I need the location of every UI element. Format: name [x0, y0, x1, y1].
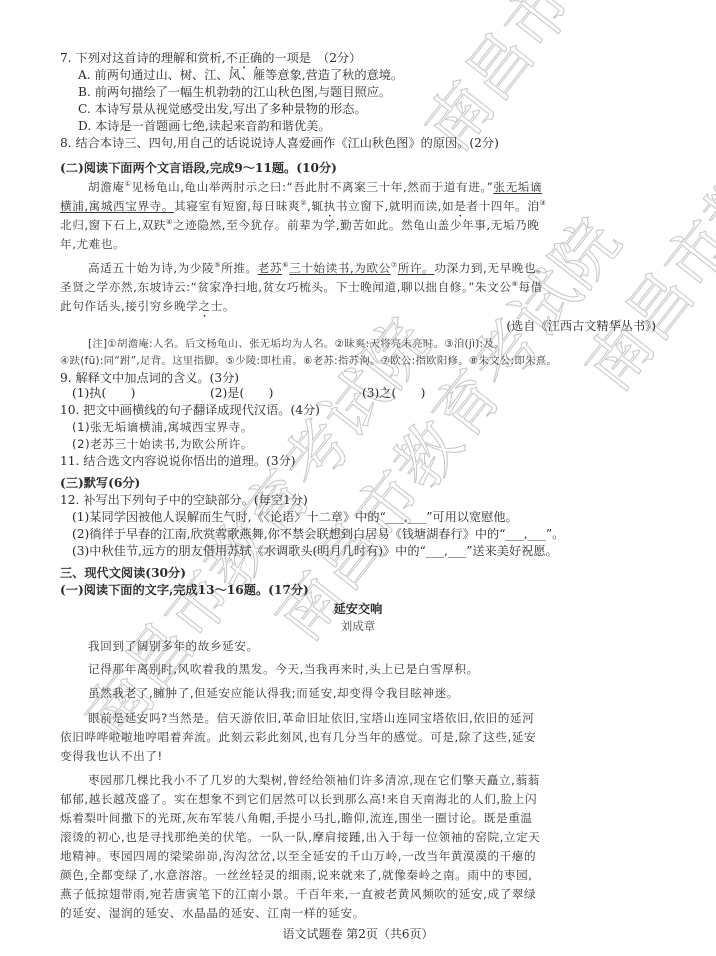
q7-option-a: A. 前两句通过山、树、江、风、雁等意象,营造了秋的意境。 — [78, 67, 403, 83]
section2-heading: (二)阅读下面两个文言语段,完成9～11题。(10分) — [60, 160, 337, 176]
article-paragraph-1: 我回到了阔别多年的故乡延安。 — [88, 638, 259, 654]
text: 见杨龟山,龟山举两肘示之曰:“吾此肘不离案三十年,然而于道有进。” — [131, 180, 493, 194]
article-paragraph-5-line-2: 郁郁,越长越茂盛了。实在想象不到它们居然可以长到那么高!来自天南海北的人们,脸上… — [60, 791, 537, 807]
q7-stem-part: 7. 下列对这首诗的理解和赏析, — [60, 51, 226, 65]
text: 所推。 — [221, 261, 258, 275]
note-ref-7: ⑦ — [391, 261, 398, 269]
text: 士。 — [211, 299, 235, 313]
note-ref-4: ④ — [166, 218, 173, 226]
article-author: 刘成章 — [0, 618, 716, 634]
watermark: 南昌市教育考试院 — [560, 0, 716, 407]
article-paragraph-4-line-1: 眼前是延安吗?当然是。信天游依旧,革命旧址依旧,宝塔山连同宝塔依旧,依旧的延河 — [88, 710, 534, 726]
q10-item-1: (1)张无垢谪横浦,寓城西宝界寺。 — [72, 419, 253, 435]
q7-option-c: C. 本诗写景从视觉感受出发,写出了多种景物的形态。 — [78, 101, 367, 117]
article-paragraph-4-line-3: 变得我也认不出了! — [60, 748, 163, 764]
text: 功深力到,无早晚也。 — [434, 261, 548, 275]
q12-stem: 12. 补写出下列句子中的空缺部分。(每空1分) — [60, 492, 308, 508]
note-ref-6: ⑥ — [282, 261, 289, 269]
q10-item-2: (2)老苏三十始读书,为欧公所许。 — [72, 436, 253, 452]
notes-line2: ④趺(fū):同“跗”,足背。这里指脚。⑤少陵:即杜甫。⑥老苏:指苏洵。⑦欧公:… — [60, 353, 557, 369]
text: ,辄 — [307, 199, 323, 213]
text: 高适五十始为诗,为少陵 — [88, 261, 214, 275]
article-paragraph-4-line-2: 依旧哗哗啦啦地哼唱着奔流。此刻云彩此刻风,也有几分当年的感觉。可是,除了这些,延… — [60, 729, 536, 745]
dotted-word-zhi: 执 — [324, 199, 336, 213]
article-paragraph-5-line-7: 燕子低掠翅带雨,宛若唐寅笔下的江南小景。千百年来,一直被老黄风频吹的延安,成了翠… — [60, 886, 536, 902]
passage1-line4: 年,尤难也。 — [60, 236, 125, 252]
article-paragraph-5-line-1: 枣园那几棵比我小不了几岁的大梨树,曾经给领袖们许多清凉,现在它们擎天矗立,蓊蓊 — [88, 772, 540, 788]
q7-option-b: B. 前两句描绘了一幅生机勃勃的江山秋色图,与题目照应。 — [78, 84, 391, 100]
q10-stem: 10. 把文中画横线的句子翻译成现代汉语。(4分) — [60, 402, 320, 418]
q7-stem-emphasis: 不正确 — [226, 51, 263, 65]
passage1-line3: 北归,窗下石上,双趺④之迹隐然,至今犹存。前辈为学,勤苦如此。然龟山盖少年事,无… — [60, 217, 540, 233]
q7-option-d: D. 本诗是一首题画七绝,读起来音韵和谐优美。 — [78, 118, 331, 134]
text: 此句作话头,接引穷乡晚学 — [60, 299, 198, 313]
q12-item-2: (2)徜徉于早春的江南,欣赏莺歌燕舞,你不禁会联想到白居易《钱塘湖春行》中的“_… — [72, 526, 564, 542]
article-paragraph-2: 记得那年离别时,风吹着我的黑发。今天,当我再来时,头上已是白雪厚积。 — [88, 661, 479, 677]
section3-heading: (三)默写(6分) — [60, 475, 140, 491]
q8-stem: 8. 结合本诗三、四句,用自己的话说说诗人喜爱画作《江山秋色图》的原因。(2分) — [60, 135, 499, 151]
article-paragraph-5-line-6: 颜色,全都变绿了,水意溶溶。一丝丝轻灵的细雨,说来就来了,就像秦岭之南。雨中的枣… — [60, 867, 533, 883]
part3-subheading: (一)阅读下面的文字,完成13～16题。(17分) — [60, 582, 309, 598]
q12-item-1: (1)某同学因被他人误解而生气时,《〈论语〉十二章》中的“___,___”可用以… — [72, 509, 518, 525]
page-footer: 语文试题卷 第2页（共6页） — [0, 926, 716, 942]
underlined-sentence: 所许。 — [398, 261, 435, 275]
source-citation: (选自《江西古文精华丛书》) — [506, 318, 656, 334]
article-paragraph-5-line-5: 地精神。枣园四周的梁梁峁峁,沟沟岔岔,以至全延安的千山万岭,一改当年黄漠漠的干瘪… — [60, 848, 536, 864]
article-paragraph-3: 虽然我老了,臃肿了,但延安应能认得我;而延安,却变得令我目眩神迷。 — [88, 685, 459, 701]
exam-page: 7. 下列对这首诗的理解和赏析,不正确的一项是 （2分） A. 前两句通过山、树… — [0, 0, 716, 956]
dotted-word-zhi2: 之 — [198, 299, 210, 313]
article-paragraph-5-line-8: 的延安、湿润的延安、水晶晶的延安、江南一样的延安。 — [60, 905, 365, 921]
article-paragraph-5-line-4: 滚烫的初心,也是寻找那绝美的伏笔。一队一队,摩肩接踵,出入于每一位领袖的窑院,立… — [60, 829, 541, 845]
underlined-sentence: 老苏 — [258, 261, 282, 275]
q7-stem-tail: 的一项是 （2分） — [262, 51, 361, 65]
q9-stem: 9. 解释文中加点词的含义。(3分) — [60, 370, 239, 386]
passage2-line1: 高适五十始为诗,为少陵⑤所推。老苏⑥三十始读书,为欧公⑦所许。功深力到,无早晚也… — [88, 260, 548, 276]
passage2-line2: 圣贤之学亦然,东坡诗云:“贫家净扫地,贫女巧梳头。下士晚闻道,聊以拙自修。”朱文… — [60, 279, 543, 295]
dotted-word-shi: 是 — [454, 199, 466, 213]
text: 之迹隐然,至今犹存。前辈为学,勤苦如此。然龟山盖少年事,无垢乃晚 — [173, 218, 539, 232]
passage1-line1: 胡澹庵①见杨龟山,龟山举两肘示之曰:“吾此肘不离案三十年,然而于道有进。”张无垢… — [88, 179, 542, 195]
article-title: 延安交响 — [0, 601, 716, 617]
q11-stem: 11. 结合选文内容说说你悟出的道理。(3分) — [60, 453, 296, 469]
underlined-sentence: 张无垢谪 — [493, 180, 542, 194]
text: 者十四年。洎 — [466, 199, 539, 213]
notes-line1: [注]①胡澹庵:人名。后文杨龟山、张无垢均为人名。②昧爽:天将亮未亮时。③洎(j… — [88, 336, 505, 352]
text: 北归,窗下石上,双趺 — [60, 218, 166, 232]
text: 圣贤之学亦然,东坡诗云:“贫家净扫地,贫女巧梳头。下士晚闻道,聊以拙自修。”朱文… — [60, 280, 512, 294]
underlined-sentence: 横浦,寓城西宝界寺。 — [60, 199, 174, 213]
text: 书立窗下,就明而读,如 — [336, 199, 454, 213]
q9-item-1[interactable]: (1)执( ) — [72, 385, 135, 401]
underlined-sentence: 三十始读书,为欧公 — [289, 261, 391, 275]
passage2-line3: 此句作话头,接引穷乡晚学之士。 — [60, 298, 235, 320]
note-ref-3: ③ — [540, 199, 547, 207]
article-paragraph-5-line-3: 烁着梨叶间撒下的光斑,灰布军装八角帽,手提小马扎,瞻仰,流连,围坐一圈讨论。既是… — [60, 810, 533, 826]
q9-item-2[interactable]: (2)是( ) — [210, 385, 273, 401]
q9-item-3[interactable]: (3)之( ) — [362, 385, 425, 401]
q12-item-3: (3)中秋佳节,远方的朋友借用苏轼《水调歌头(明月几时有)》中的“___,___… — [72, 543, 558, 559]
text: 每借 — [518, 280, 542, 294]
text: 胡澹庵 — [88, 180, 125, 194]
part3-heading: 三、现代文阅读(30分) — [60, 565, 186, 581]
text: 其寝室有短窗,每日昧爽 — [174, 199, 300, 213]
